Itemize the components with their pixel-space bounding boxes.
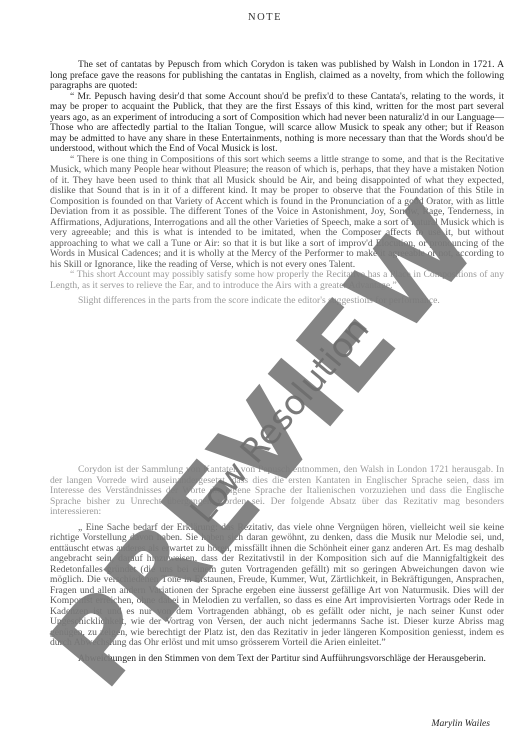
german-note: Corydon ist der Sammlung von Kantaten vo… [50, 465, 504, 664]
english-paragraph-4: “ This short Account may possibly satisf… [50, 270, 504, 291]
english-paragraph-5: Slight differences in the parts from the… [50, 296, 504, 307]
english-note: The set of cantatas by Pepusch from whic… [50, 60, 504, 307]
english-paragraph-1: The set of cantatas by Pepusch from whic… [50, 60, 504, 92]
signature: Marylin Wailes [431, 718, 490, 729]
german-paragraph-3: Abweichungen in den Stimmen von dem Text… [50, 654, 504, 665]
page-title: NOTE [0, 12, 530, 23]
english-paragraph-2: “ Mr. Pepusch having desir'd that some A… [50, 92, 504, 155]
german-paragraph-2: „ Eine Sache bedarf der Erklärung: das R… [50, 523, 504, 649]
english-paragraph-3: “ There is one thing in Compositions of … [50, 155, 504, 271]
german-paragraph-1: Corydon ist der Sammlung von Kantaten vo… [50, 465, 504, 518]
document-page: NOTE The set of cantatas by Pepusch from… [0, 0, 530, 750]
